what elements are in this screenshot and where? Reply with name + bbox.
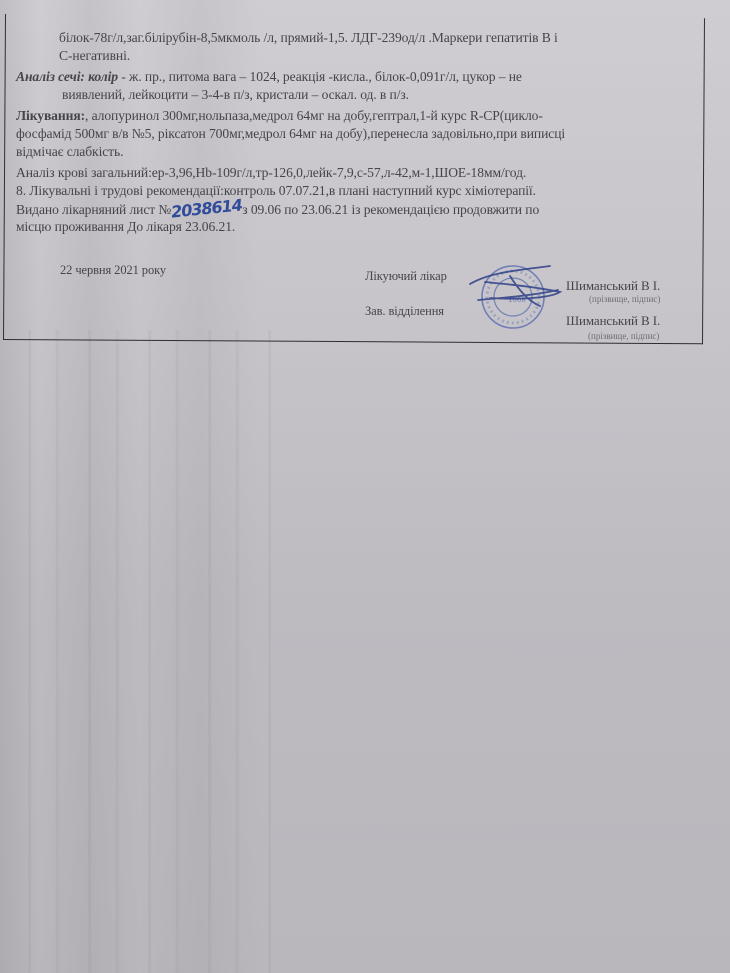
- sick-leave-suffix: з 09.06 по 23.06.21 із рекомендацією про…: [242, 202, 539, 217]
- ink-signature-icon: [450, 262, 580, 322]
- document-date: 22 червня 2021 року: [60, 262, 166, 279]
- head-of-department-name: Шиманський В І.: [566, 312, 660, 329]
- sick-leave-prefix: Видано лікарняний лист №: [16, 202, 171, 217]
- treatment-label: Лікування:: [16, 108, 85, 123]
- hepatitis-markers-line: С-негативні.: [59, 47, 130, 64]
- recommendations-line-2: Видано лікарняний лист №2038614з 09.06 п…: [16, 200, 539, 218]
- urine-analysis-line-2: виявлений, лейкоцити – 3-4-в п/з, криста…: [62, 86, 409, 103]
- paper-texture: [0, 330, 280, 973]
- recommendations-line-3: місцю проживання До лікаря 23.06.21.: [16, 218, 235, 235]
- attending-doctor-caption: (прізвище, підпис): [589, 294, 660, 304]
- attending-doctor-label: Лікуючий лікар: [365, 268, 447, 285]
- recommendations-line-1: 8. Лікувальні і трудові рекомендації:кон…: [16, 182, 536, 199]
- treatment-line-2: фосфамід 500мг в/в №5, ріксатон 700мг,ме…: [16, 125, 565, 142]
- urine-analysis-line-1: Аналіз сечі: колір - ж. пр., питома вага…: [16, 68, 522, 85]
- head-of-department-caption: (прізвище, підпис): [588, 331, 659, 341]
- attending-doctor-name: Шиманський В І.: [566, 277, 660, 294]
- blood-analysis-line: Аналіз крові загальний:ер-3,96,Hb-109г/л…: [16, 164, 526, 181]
- treatment-line-3: відмічає слабкість.: [16, 143, 123, 160]
- lab-results-line: білок-78г/л,заг.білірубін-8,5мкмоль /л, …: [59, 29, 558, 46]
- treatment-values: , алопуринол 300мг,нольпаза,медрол 64мг …: [85, 108, 543, 123]
- treatment-line-1: Лікування:, алопуринол 300мг,нольпаза,ме…: [16, 107, 543, 124]
- urine-analysis-values: - ж. пр., питома вага – 1024, реакція -к…: [118, 69, 522, 84]
- urine-analysis-label: Аналіз сечі: колір: [16, 69, 118, 84]
- sick-leave-number: 2038614: [171, 196, 243, 220]
- head-of-department-label: Зав. відділення: [365, 303, 444, 320]
